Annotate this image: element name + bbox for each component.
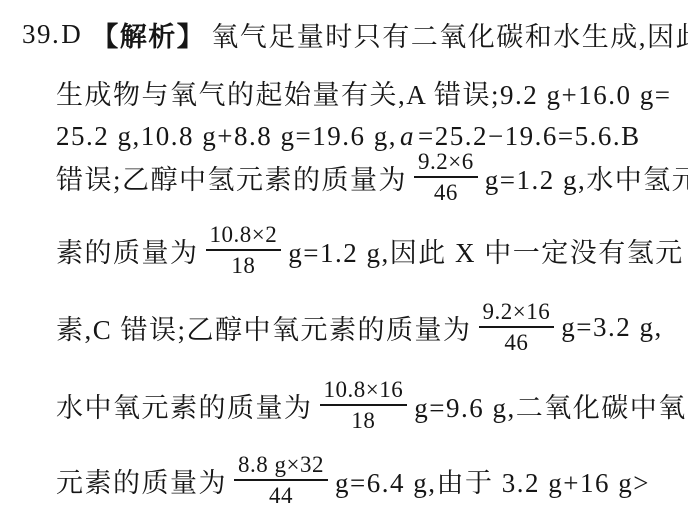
fraction: 8.8 g×32 44 <box>234 451 328 509</box>
line-1-text: 氧气足量时只有二氧化碳和水生成,因此 <box>211 15 688 54</box>
fraction-denominator: 18 <box>351 406 375 434</box>
fraction-numerator: 8.8 g×32 <box>234 451 328 481</box>
line-5-text-after: g=1.2 g,因此 X 中一定没有氢元 <box>288 231 683 270</box>
solution-line-6: 素,C 错误;乙醇中氧元素的质量为 9.2×16 46 g=3.2 g, <box>56 295 663 359</box>
line-6-text: 素,C 错误;乙醇中氧元素的质量为 <box>56 308 472 347</box>
fraction-denominator: 18 <box>231 251 255 279</box>
solution-line-1: 39. D 【解析】 氧气足量时只有二氧化碳和水生成,因此 <box>22 14 688 54</box>
solution-line-7: 水中氧元素的质量为 10.8×16 18 g=9.6 g,二氧化碳中氧 <box>56 373 687 437</box>
fraction: 9.2×16 46 <box>479 298 555 356</box>
line-4-text: 错误;乙醇中氢元素的质量为 <box>56 158 407 197</box>
solution-line-5: 素的质量为 10.8×2 18 g=1.2 g,因此 X 中一定没有氢元 <box>56 218 684 282</box>
line-8-text: 元素的质量为 <box>56 461 227 500</box>
analysis-label: 【解析】 <box>91 15 205 54</box>
solution-line-2: 生成物与氧气的起始量有关,A 错误;9.2 g+16.0 g= <box>56 72 671 112</box>
solution-line-8: 元素的质量为 8.8 g×32 44 g=6.4 g,由于 3.2 g+16 g… <box>56 448 650 512</box>
fraction-denominator: 44 <box>269 481 293 509</box>
line-5-text: 素的质量为 <box>56 231 199 270</box>
fraction-denominator: 46 <box>504 328 528 356</box>
answer-key-page: 39. D 【解析】 氧气足量时只有二氧化碳和水生成,因此 生成物与氧气的起始量… <box>0 0 688 522</box>
fraction-numerator: 9.2×6 <box>414 148 478 178</box>
question-number: 39. <box>22 19 60 50</box>
fraction-numerator: 10.8×2 <box>206 221 282 251</box>
solution-line-4: 错误;乙醇中氢元素的质量为 9.2×6 46 g=1.2 g,水中氢元 <box>56 145 688 209</box>
line-6-text-after: g=3.2 g, <box>561 312 662 343</box>
fraction-numerator: 10.8×16 <box>320 376 408 406</box>
answer-letter: D <box>61 19 82 50</box>
fraction: 10.8×2 18 <box>206 221 282 279</box>
fraction: 10.8×16 18 <box>320 376 408 434</box>
fraction: 9.2×6 46 <box>414 148 478 206</box>
line-2-text: 生成物与氧气的起始量有关,A 错误;9.2 g+16.0 g= <box>56 73 671 112</box>
line-4-text-after: g=1.2 g,水中氢元 <box>485 158 688 197</box>
fraction-numerator: 9.2×16 <box>479 298 555 328</box>
line-7-text-after: g=9.6 g,二氧化碳中氧 <box>414 386 686 425</box>
fraction-denominator: 46 <box>434 178 458 206</box>
line-7-text: 水中氧元素的质量为 <box>56 386 313 425</box>
line-8-text-after: g=6.4 g,由于 3.2 g+16 g> <box>335 461 650 500</box>
